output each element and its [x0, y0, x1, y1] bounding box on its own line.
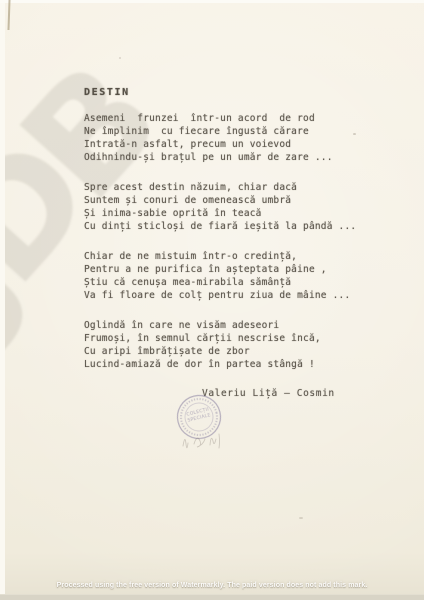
paper-speck — [119, 57, 121, 59]
poem-line: Odihnindu-și brațul pe un umăr de zare .… — [84, 151, 356, 164]
poem-line: Pentru a ne purifica în așteptata pâine … — [84, 263, 356, 276]
poem-line: Suntem și conuri de omenească umbră — [84, 194, 356, 207]
poem-line: Frumoși, în semnul cărții nescrise încă, — [84, 332, 356, 345]
scan-scratch — [7, 0, 10, 30]
stanza-2: Spre acest destin năzuim, chiar dacă Sun… — [84, 181, 356, 233]
poem-line: Cu dinți sticloși de fiară ieșită la pân… — [84, 220, 356, 233]
poem: DESTIN Asemeni frunzei într-un acord de … — [84, 86, 356, 388]
author-signature: Valeriu Liță – Cosmin — [202, 388, 335, 399]
paper-speck — [299, 517, 303, 519]
footer-watermark: Processed using the free version of Wate… — [0, 582, 424, 589]
poem-line: Ne împlinim cu fiecare îngustă cărare — [84, 125, 356, 138]
poem-line: Și inima-sabie oprită în teacă — [84, 207, 356, 220]
paper-speck — [353, 133, 356, 135]
poem-line: Știu că cenușa mea-mirabila sămânță — [84, 276, 356, 289]
handwritten-mark — [180, 430, 224, 452]
poem-line: Spre acest destin năzuim, chiar dacă — [84, 181, 356, 194]
poem-line: Lucind-amiază de dor în partea stângă ! — [84, 358, 356, 371]
poem-line: Chiar de ne mistuim într-o credință, — [84, 250, 356, 263]
scan-edge-bottom — [0, 594, 424, 600]
poem-line: Cu aripi îmbrățișate de zbor — [84, 345, 356, 358]
poem-title: DESTIN — [84, 86, 356, 99]
stanza-1: Asemeni frunzei într-un acord de rod Ne … — [84, 112, 356, 164]
poem-line: Va fi floare de colț pentru ziua de mâin… — [84, 289, 356, 302]
scan-edge-top — [0, 0, 424, 3]
stanza-4: Oglindă în care ne visăm adeseori Frumoș… — [84, 319, 356, 371]
poem-line: Asemeni frunzei într-un acord de rod — [84, 112, 356, 125]
scanned-page: BJDB DESTIN Asemeni frunzei într-un acor… — [0, 0, 424, 600]
poem-line: Intrată-n asfalt, precum un voievod — [84, 138, 356, 151]
stanza-3: Chiar de ne mistuim într-o credință, Pen… — [84, 250, 356, 302]
scan-edge-left — [0, 0, 5, 600]
poem-line: Oglindă în care ne visăm adeseori — [84, 319, 356, 332]
